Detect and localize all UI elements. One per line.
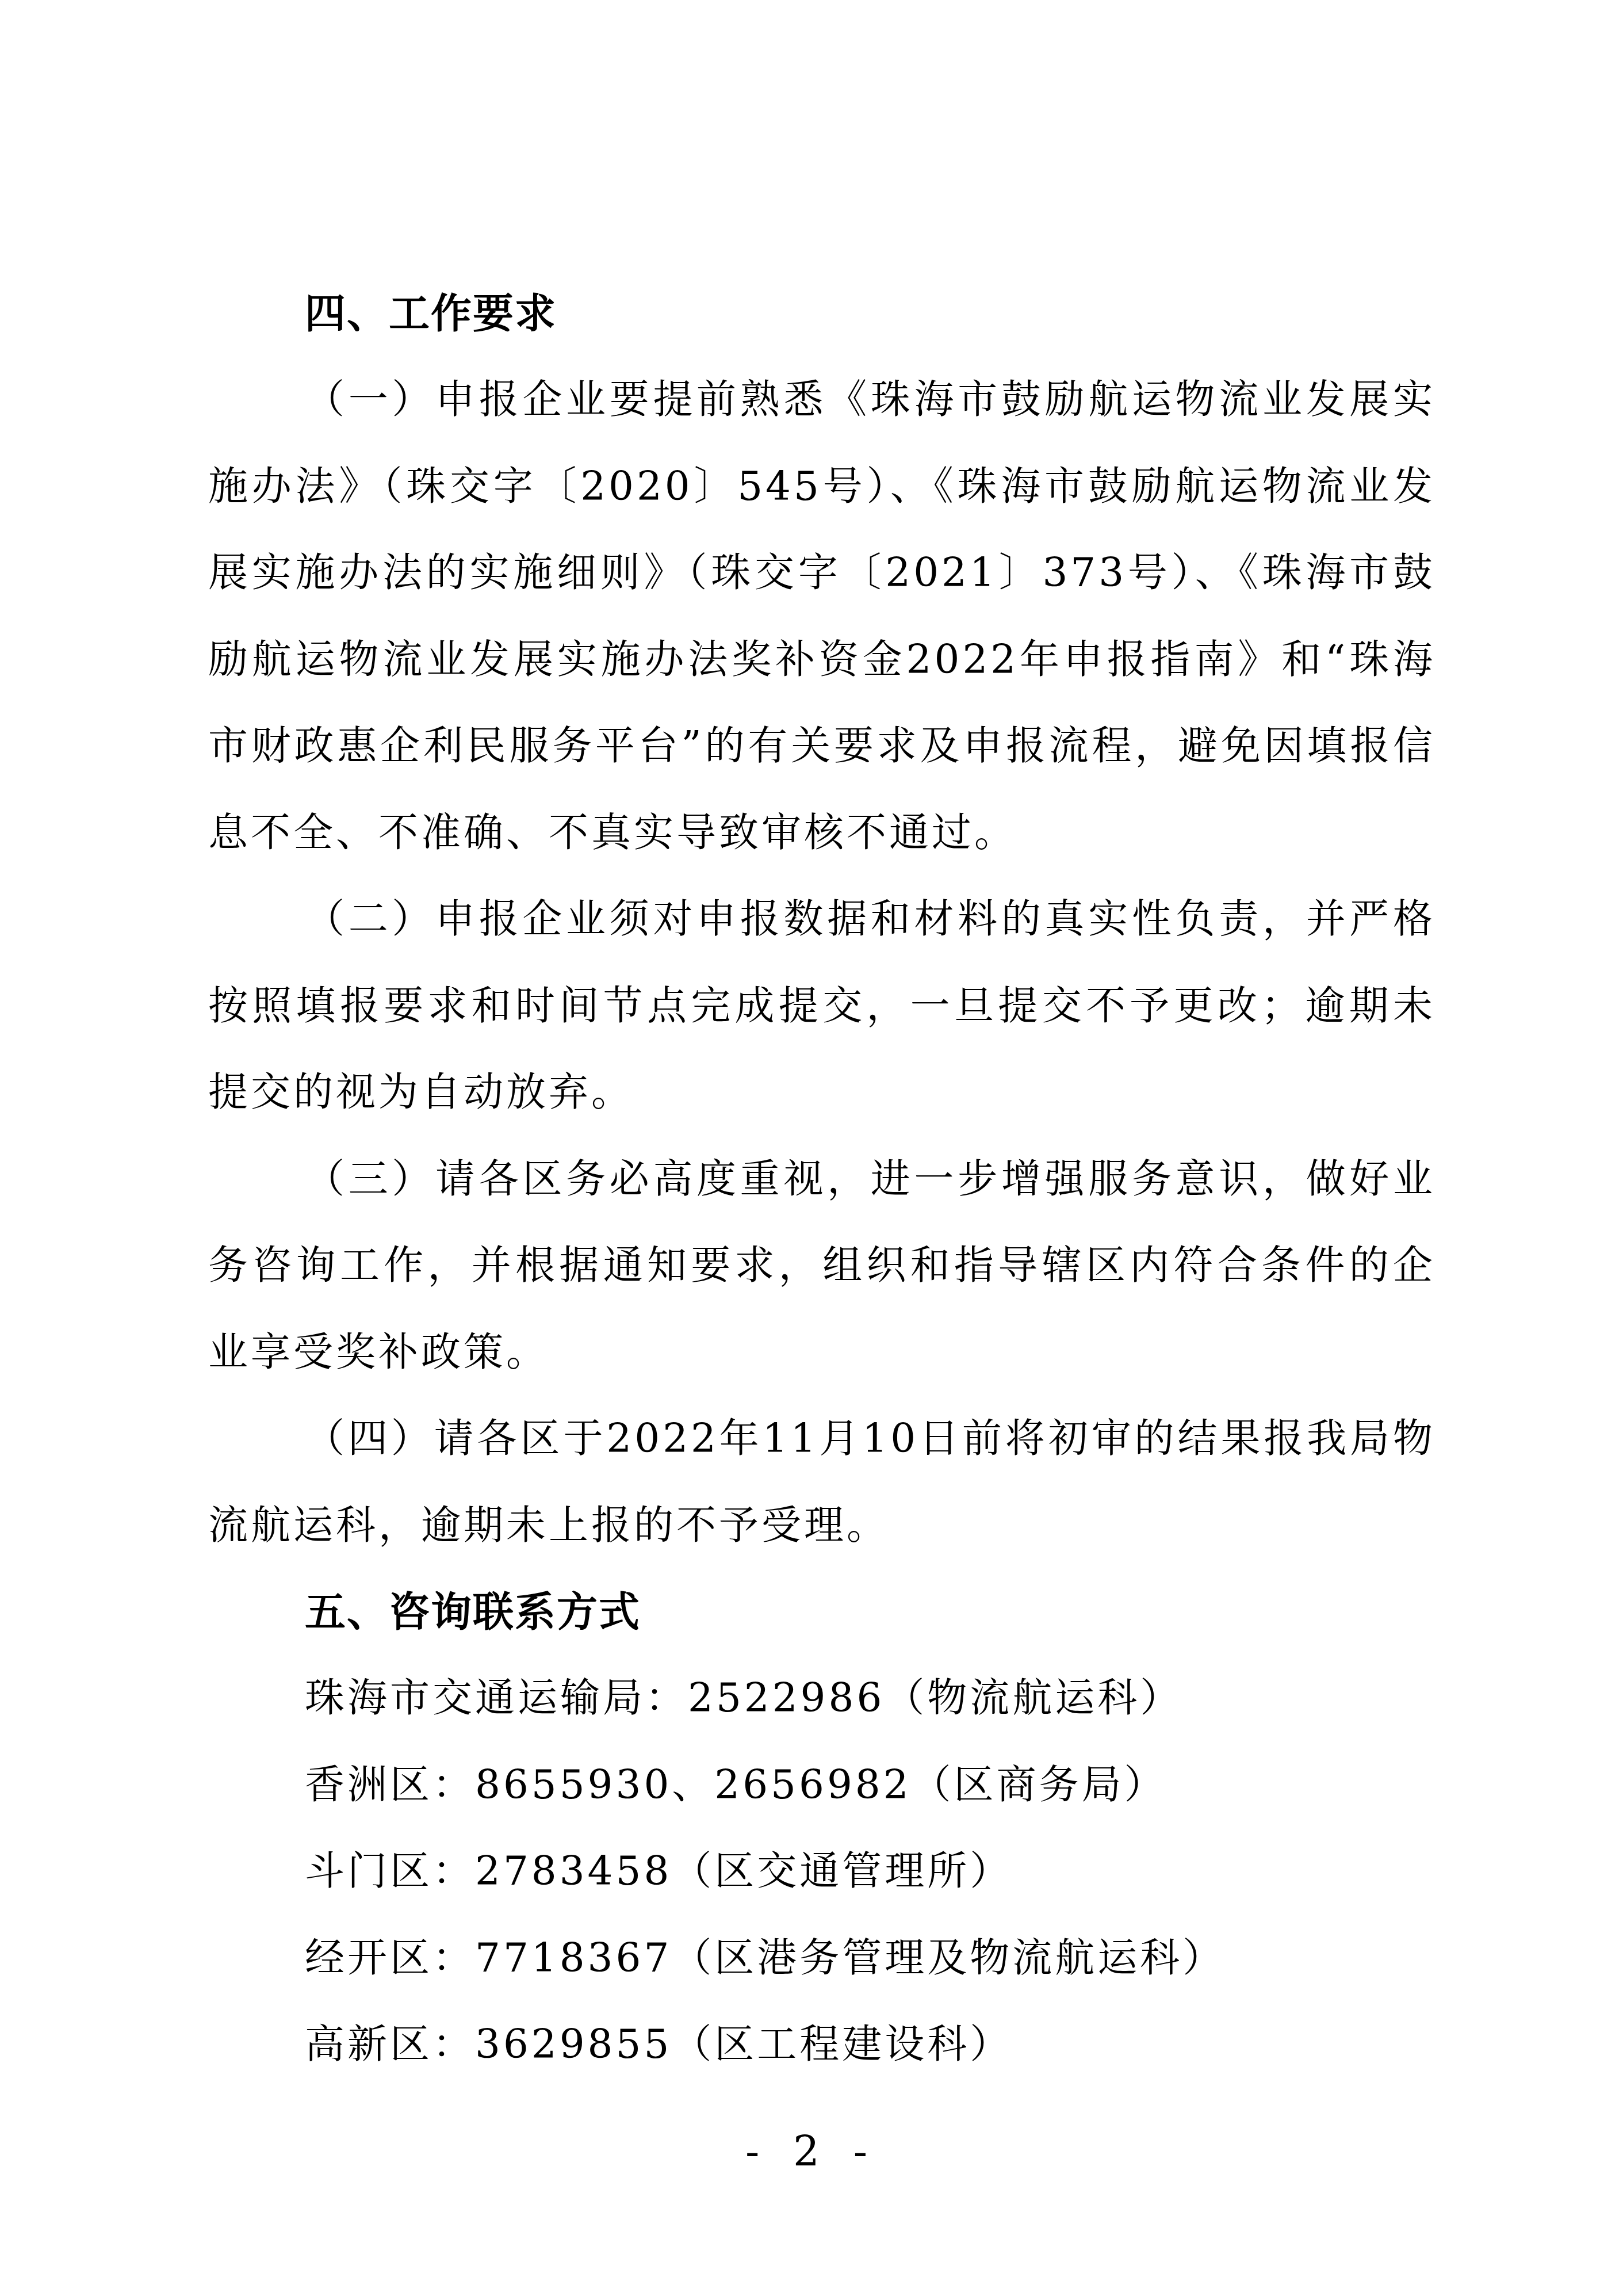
paragraph-requirement-2: （二）申报企业须对申报数据和材料的真实性负责，并严格按照填报要求和时间节点完成提… [208, 876, 1436, 1136]
page-number: - 2 - [0, 2123, 1623, 2180]
paragraph-requirement-1: （一）申报企业要提前熟悉《珠海市鼓励航运物流业发展实施办法》（珠交字〔2020〕… [208, 357, 1436, 876]
section-heading-contact-info: 五、咨询联系方式 [208, 1569, 1436, 1655]
contact-line-gaoxin-district: 高新区：3629855（区工程建设科） [208, 2001, 1436, 2088]
contact-line-municipal-transport-bureau: 珠海市交通运输局：2522986（物流航运科） [208, 1655, 1436, 1742]
contact-line-doumen-district: 斗门区：2783458（区交通管理所） [208, 1828, 1436, 1915]
document-body: 四、工作要求 （一）申报企业要提前熟悉《珠海市鼓励航运物流业发展实施办法》（珠交… [208, 270, 1436, 2088]
section-heading-work-requirements: 四、工作要求 [208, 270, 1436, 357]
paragraph-requirement-3: （三）请各区务必高度重视，进一步增强服务意识，做好业务咨询工作，并根据通知要求，… [208, 1136, 1436, 1396]
contact-line-xiangzhou-district: 香洲区：8655930、2656982（区商务局） [208, 1742, 1436, 1829]
document-page: 四、工作要求 （一）申报企业要提前熟悉《珠海市鼓励航运物流业发展实施办法》（珠交… [0, 0, 1623, 2296]
paragraph-requirement-4: （四）请各区于2022年11月10日前将初审的结果报我局物流航运科，逾期未上报的… [208, 1396, 1436, 1569]
contact-line-jingkai-district: 经开区：7718367（区港务管理及物流航运科） [208, 1915, 1436, 2002]
